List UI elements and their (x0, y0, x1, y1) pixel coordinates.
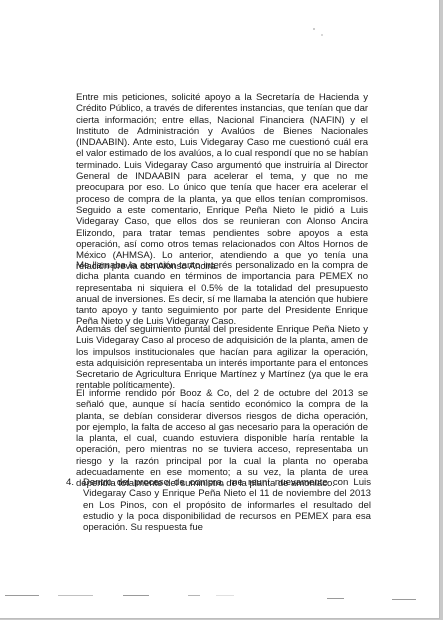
item-number: 4. (66, 477, 83, 533)
paragraph-text: Además del seguimiento puntal del presid… (76, 324, 368, 392)
signature-line (392, 599, 416, 600)
signature-line (123, 595, 149, 596)
scan-speck (313, 28, 315, 30)
paragraph-text: Me llamaba la atención tanto interés per… (76, 260, 368, 328)
item-text: Dentro del proceso de compra, me reuní n… (83, 477, 371, 533)
paragraph-informe-booz: El informe rendido por Booz & Co, del 2 … (76, 388, 368, 490)
document-page: Entre mis peticiones, solicité apoyo a l… (0, 0, 440, 619)
signature-line (327, 598, 344, 599)
paragraph-text: Entre mis peticiones, solicité apoyo a l… (76, 92, 368, 273)
signature-line (216, 595, 234, 596)
signature-line (5, 595, 39, 596)
numbered-item-4: 4. Dentro del proceso de compra, me reun… (66, 477, 371, 533)
scan-speck (321, 34, 323, 36)
signature-line (58, 595, 93, 596)
paragraph-seguimiento: Además del seguimiento puntal del presid… (76, 324, 368, 392)
signature-line (188, 595, 200, 596)
paragraph-text: El informe rendido por Booz & Co, del 2 … (76, 388, 368, 490)
paragraph-peticiones: Entre mis peticiones, solicité apoyo a l… (76, 92, 368, 273)
paragraph-interes-personalizado: Me llamaba la atención tanto interés per… (76, 260, 368, 328)
